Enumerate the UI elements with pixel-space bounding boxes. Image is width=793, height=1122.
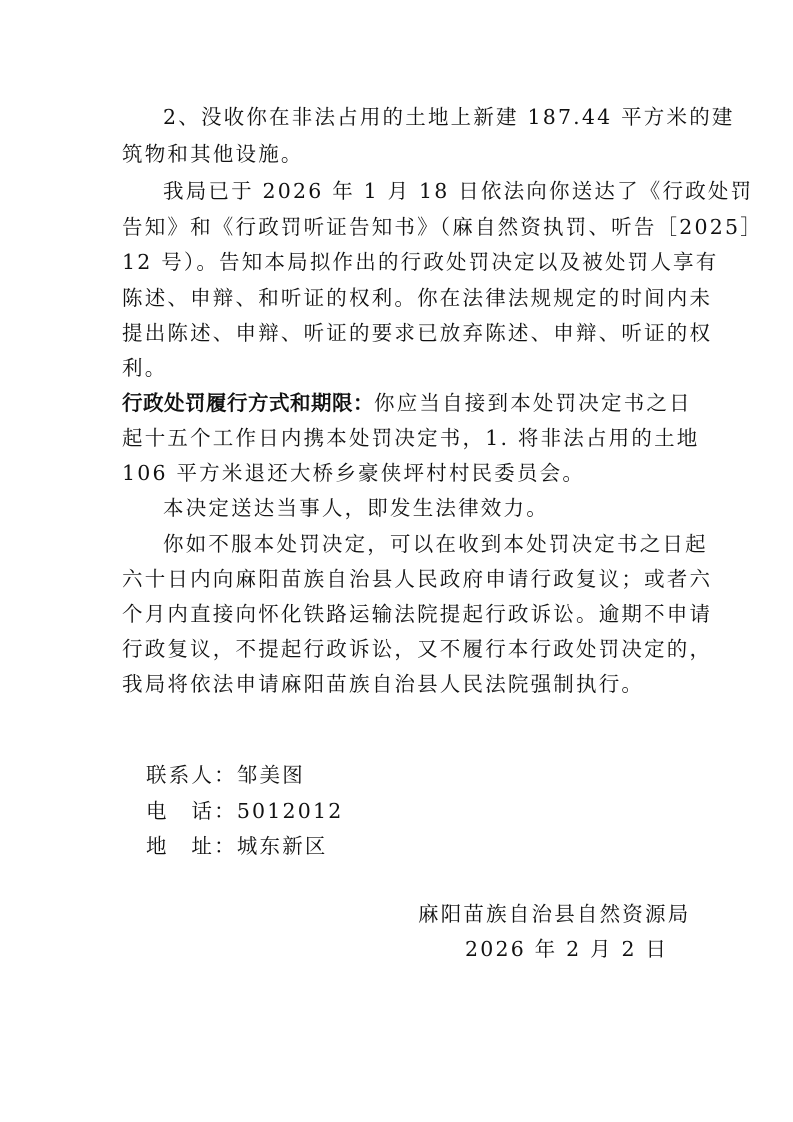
- notice-line-5: 提出陈述、申辩、听证的要求已放弃陈述、申辩、听证的权: [122, 318, 712, 348]
- contact-phone: 电 话：5012012: [146, 796, 344, 826]
- appeal-line-1: 你如不服本处罚决定，可以在收到本处罚决定书之日起: [163, 529, 708, 559]
- contact-phone-label: 电 话：: [146, 799, 237, 823]
- contact-person-label: 联系人：: [146, 763, 237, 787]
- document-page: 2、没收你在非法占用的土地上新建 187.44 平方米的建 筑物和其他设施。 我…: [0, 0, 793, 1122]
- appeal-line-3: 个月内直接向怀化铁路运输法院提起行政诉讼。逾期不申请: [122, 599, 712, 629]
- signature-organization: 麻阳苗族自治县自然资源局: [418, 899, 690, 929]
- item-2-line-1: 2、没收你在非法占用的土地上新建 187.44 平方米的建: [163, 102, 735, 132]
- contact-phone-value: 5012012: [237, 799, 344, 823]
- performance-line-1: 行政处罚履行方式和期限：你应当自接到本处罚决定书之日: [122, 388, 692, 418]
- contact-person-value: 邹美图: [237, 763, 305, 787]
- appeal-line-2: 六十日内向麻阳苗族自治县人民政府申请行政复议；或者六: [122, 564, 712, 594]
- performance-text-1: 你应当自接到本处罚决定书之日: [374, 391, 692, 415]
- appeal-line-5: 我局将依法申请麻阳苗族自治县人民法院强制执行。: [122, 669, 644, 699]
- contact-address-label: 地 址：: [146, 834, 237, 858]
- item-2-line-2: 筑物和其他设施。: [122, 139, 304, 169]
- contact-address: 地 址：城东新区: [146, 831, 328, 861]
- appeal-line-4: 行政复议，不提起行政诉讼，又不履行本行政处罚决定的，: [122, 634, 712, 664]
- notice-line-2: 告知》和《行政罚听证告知书》（麻自然资执罚、听告［2025］: [122, 212, 763, 242]
- signature-date: 2026 年 2 月 2 日: [465, 934, 668, 964]
- effect-line-1: 本决定送达当事人，即发生法律效力。: [163, 493, 549, 523]
- performance-line-3: 106 平方米退还大桥乡豪侠坪村村民委员会。: [122, 458, 585, 488]
- performance-line-2: 起十五个工作日内携本处罚决定书，1. 将非法占用的土地: [122, 423, 699, 453]
- contact-address-value: 城东新区: [237, 834, 328, 858]
- notice-line-6: 利。: [122, 353, 167, 383]
- notice-line-4: 陈述、申辩、和听证的权利。你在法律法规规定的时间内未: [122, 283, 712, 313]
- contact-person: 联系人：邹美图: [146, 760, 305, 790]
- notice-line-3: 12 号）。告知本局拟作出的行政处罚决定以及被处罚人享有: [122, 247, 718, 277]
- performance-heading: 行政处罚履行方式和期限：: [122, 391, 374, 415]
- notice-line-1: 我局已于 2026 年 1 月 18 日依法向你送达了《行政处罚: [163, 176, 753, 206]
